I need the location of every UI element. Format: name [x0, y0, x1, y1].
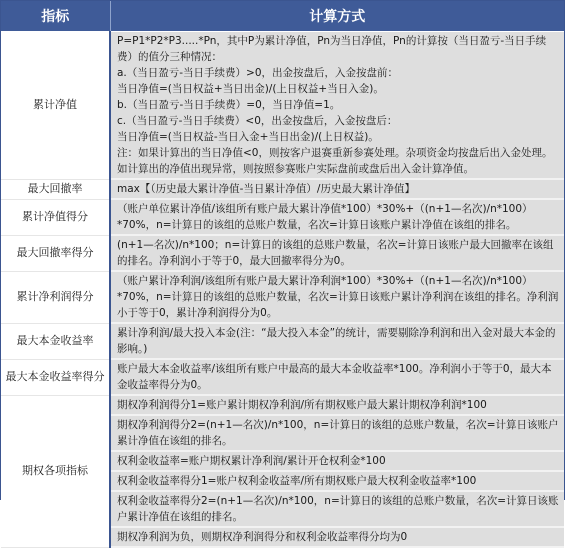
table-row: 最大本金收益率 累计净利润/最大投入本金(注：“最大投入本金”的统计，需要剔除净… — [1, 323, 564, 359]
header-indicator: 指标 — [1, 1, 110, 32]
options-formula: 权利金收益率得分1=账户权利金收益率/所有期权账户最大权利金收益率*100 — [110, 471, 564, 491]
table-header-row: 指标 计算方式 — [1, 1, 564, 32]
row-label: 最大本金收益率 — [1, 323, 110, 359]
row-label: 最大回撤率 — [1, 179, 110, 199]
table-row: 累计净利润得分 （账户累计净利润/该组所有账户最大累计净利润*100）*30%+… — [1, 271, 564, 323]
row-label: 最大回撤率得分 — [1, 235, 110, 271]
row-formula: 累计净利润/最大投入本金(注：“最大投入本金”的统计，需要剔除净利润和出入金对最… — [110, 323, 564, 359]
options-formula: 期权净利润得分2=(n+1—名次)/n*100，n=计算日的该组的总账户数量，名… — [110, 415, 564, 451]
table-row: 期权各项指标 期权净利润得分1=账户累计期权净利润/所有期权账户最大累计期权净利… — [1, 395, 564, 415]
options-formula: 权利金收益率得分2=(n+1—名次)/n*100，n=计算日的该组的总账户数量，… — [110, 491, 564, 500]
options-group-label: 期权各项指标 — [1, 395, 110, 500]
metrics-table-frame: 指标 计算方式 累计净值 P=P1*P2*P3.....*Pn，其中P为累计净值… — [0, 0, 565, 500]
row-label: 最大本金收益率得分 — [1, 359, 110, 395]
row-formula: （账户累计净利润/该组所有账户最大累计净利润*100）*30%+（(n+1—名次… — [110, 271, 564, 323]
table-row: 最大回撤率得分 (n+1—名次)/n*100；n=计算日的该组的总账户数量，名次… — [1, 235, 564, 271]
formula-line: b.（当日盈亏-当日手续费）=0，当日净值=1。 — [117, 97, 560, 113]
table-row: 最大回撤率 max【（历史最大累计净值-当日累计净值）/历史最大累计净值】 — [1, 179, 564, 199]
row-formula: 账户最大本金收益率/该组所有账户中最高的最大本金收益率*100。净利润小于等于0… — [110, 359, 564, 395]
row-formula: (n+1—名次)/n*100；n=计算日的该组的总账户数量，名次=计算日该账户最… — [110, 235, 564, 271]
table-row: 累计净值 P=P1*P2*P3.....*Pn，其中P为累计净值，Pn为当日净值… — [1, 32, 564, 180]
formula-line: c.（当日盈亏-当日手续费）<0，出金按盘后，入金按盘后： — [117, 113, 560, 129]
table-row: 最大本金收益率得分 账户最大本金收益率/该组所有账户中最高的最大本金收益率*10… — [1, 359, 564, 395]
formula-line: 当日净值=(当日权益+当日出金)/(上日权益+当日入金)。 — [117, 81, 560, 97]
metrics-table: 指标 计算方式 累计净值 P=P1*P2*P3.....*Pn，其中P为累计净值… — [1, 1, 564, 500]
table-row: 累计净值得分 （账户单位累计净值/该组所有账户最大累计净值*100）*30%+（… — [1, 199, 564, 235]
row-formula: max【（历史最大累计净值-当日累计净值）/历史最大累计净值】 — [110, 179, 564, 199]
formula-line: 注：如果计算出的当日净值<0，则按客户退赛重新参赛处理。杂项资金均按盘后出入金处… — [117, 145, 560, 177]
options-formula: 权利金收益率=账户期权累计净利润/累计开仓权利金*100 — [110, 451, 564, 471]
formula-line: 当日净值=(当日权益-当日入金+当日出金)/(上日权益)。 — [117, 129, 560, 145]
row-label: 累计净值得分 — [1, 199, 110, 235]
options-formula: 期权净利润得分1=账户累计期权净利润/所有期权账户最大累计期权净利润*100 — [110, 395, 564, 415]
row-label: 累计净利润得分 — [1, 271, 110, 323]
formula-line: a.（当日盈亏-当日手续费）>0，出金按盘后，入金按盘前： — [117, 65, 560, 81]
row-formula: P=P1*P2*P3.....*Pn，其中P为累计净值，Pn为当日净值，Pn的计… — [110, 32, 564, 180]
header-calculation-method: 计算方式 — [110, 1, 564, 32]
formula-line: P=P1*P2*P3.....*Pn，其中P为累计净值，Pn为当日净值，Pn的计… — [117, 33, 560, 65]
row-formula: （账户单位累计净值/该组所有账户最大累计净值*100）*30%+（(n+1—名次… — [110, 199, 564, 235]
row-label: 累计净值 — [1, 32, 110, 180]
